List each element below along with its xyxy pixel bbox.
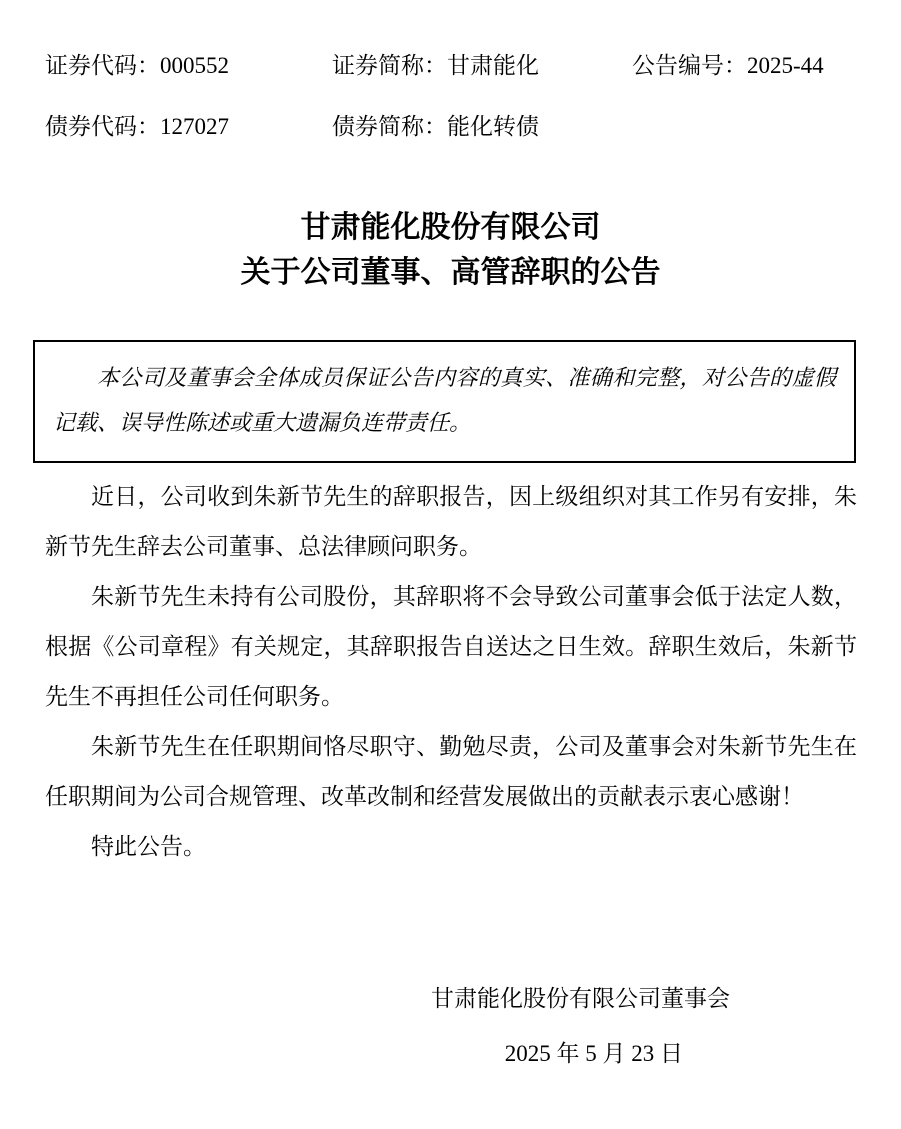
company-name-title-line: 甘肃能化股份有限公司	[0, 205, 901, 250]
announcement-document: 证券代码：000552 证券简称：甘肃能化 公告编号：2025-44 债券代码：…	[0, 0, 901, 1129]
body-paragraph-1: 近日，公司收到朱新节先生的辞职报告，因上级组织对其工作另有安排，朱新节先生辞去公…	[45, 472, 857, 572]
body-paragraph-3: 朱新节先生在任职期间恪尽职守、勤勉尽责，公司及董事会对朱新节先生在任职期间为公司…	[45, 722, 857, 822]
security-abbreviation: 证券简称：甘肃能化	[332, 52, 539, 80]
signature-date: 2025 年 5 月 23 日	[0, 1040, 901, 1068]
signature-company: 甘肃能化股份有限公司董事会	[0, 985, 901, 1013]
body-paragraph-2: 朱新节先生未持有公司股份，其辞职将不会导致公司董事会低于法定人数，根据《公司章程…	[45, 572, 857, 722]
disclaimer-text: 本公司及董事会全体成员保证公告内容的真实、准确和完整，对公告的虚假记载、误导性陈…	[53, 355, 836, 445]
body-paragraph-4: 特此公告。	[45, 822, 857, 872]
bond-code: 债券代码：127027	[45, 113, 229, 141]
disclaimer-box: 本公司及董事会全体成员保证公告内容的真实、准确和完整，对公告的虚假记载、误导性陈…	[33, 340, 856, 463]
security-code: 证券代码：000552	[45, 52, 229, 80]
announcement-number: 公告编号：2025-44	[632, 52, 824, 80]
document-title: 甘肃能化股份有限公司 关于公司董事、高管辞职的公告	[0, 205, 901, 295]
announcement-title-line: 关于公司董事、高管辞职的公告	[0, 250, 901, 295]
body-text: 近日，公司收到朱新节先生的辞职报告，因上级组织对其工作另有安排，朱新节先生辞去公…	[45, 472, 857, 872]
bond-abbreviation: 债券简称：能化转债	[332, 113, 539, 141]
